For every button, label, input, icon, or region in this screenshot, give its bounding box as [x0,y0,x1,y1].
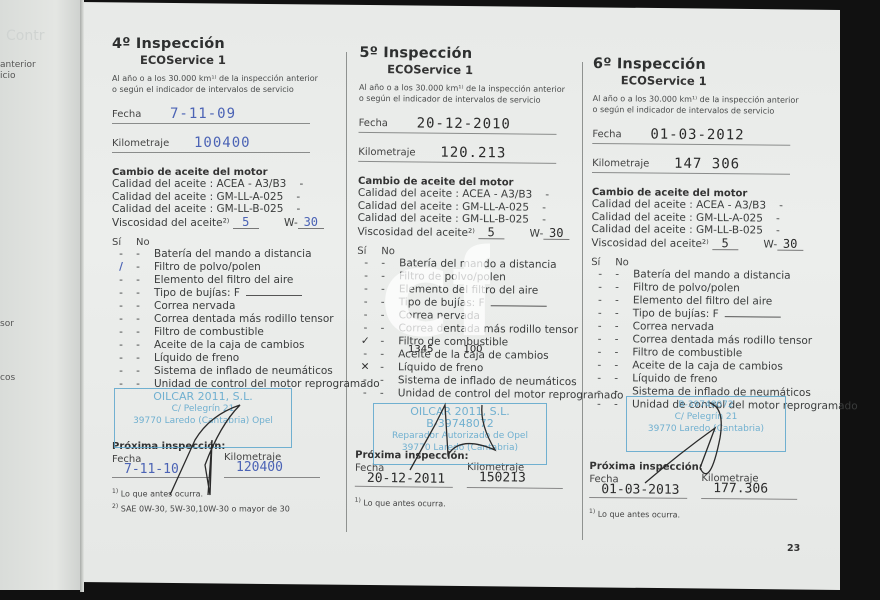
left-page: Contr anterior icio sor cos [0,0,80,590]
si-mark[interactable]: - [112,352,130,365]
inspection-description: Al año o a los 30.000 km¹⁾ de la inspecc… [112,73,342,95]
no-mark[interactable]: - [130,248,146,261]
no-mark[interactable]: - [609,307,625,320]
inspection-description: Al año o a los 30.000 km¹⁾ de la inspecc… [593,93,818,117]
si-mark[interactable]: - [356,348,374,361]
oil-quality-mark[interactable]: - [294,178,308,191]
oil-quality-row: Calidad del aceite : GM-LL-A-025- [112,191,342,204]
si-mark[interactable]: - [590,359,608,372]
checklist-item: --Unidad de control del motor reprograma… [356,387,581,402]
kilometraje-value: 147 306 [674,156,740,173]
viscosity-row: Viscosidad del aceite²⁾ 5 W-30 [591,236,816,251]
oil-quality-mark[interactable]: - [771,225,785,238]
no-mark[interactable]: - [130,300,146,313]
si-mark[interactable]: - [112,300,130,313]
footnote: 1) Lo que antes ocurra. [112,486,342,501]
fecha-value: 7-11-09 [170,106,236,122]
kilometraje-value: 120.213 [440,145,506,162]
oil-quality-row: Calidad del aceite : GM-LL-B-025- [112,203,342,216]
no-mark[interactable]: - [374,322,390,335]
no-mark[interactable]: - [130,287,146,300]
next-fecha-value: 20-12-2011 [367,471,445,487]
no-mark[interactable]: - [130,274,146,287]
no-mark[interactable]: - [609,281,625,294]
no-mark[interactable]: - [609,294,625,307]
page-number: 23 [787,543,800,554]
si-mark[interactable]: - [112,339,130,352]
oil-quality-mark[interactable]: - [537,201,551,214]
inspection-subtitle: ECOService 1 [387,62,584,78]
no-mark[interactable]: - [374,374,390,387]
si-mark[interactable]: - [112,326,130,339]
si-mark[interactable]: ✓ [356,335,374,348]
no-mark[interactable]: - [374,361,390,374]
spark-plug-blank [246,295,302,296]
no-mark[interactable]: - [375,283,391,296]
watermark-numbers: 1345100 [408,344,513,355]
si-no-header: SíNo [112,237,342,248]
fecha-field: Fecha 20-12-2010 [359,110,557,135]
no-mark[interactable]: - [608,346,624,359]
column-divider [346,52,347,532]
si-mark[interactable]: - [591,294,609,307]
si-mark[interactable]: - [112,274,130,287]
viscosity-w-value: 30 [543,226,569,240]
inspection-subtitle: ECOService 1 [621,73,818,89]
oil-quality-list: Calidad del aceite : ACEA - A3/B3-Calida… [358,187,583,227]
no-mark[interactable]: - [609,268,625,281]
no-mark[interactable]: - [374,348,390,361]
fecha-value: 20-12-2010 [417,115,511,132]
si-mark[interactable]: - [590,346,608,359]
footnotes: 1) Lo que antes ocurra.2) SAE 0W-30, 5W-… [112,486,342,515]
ghost-text: Contr [6,28,44,44]
fecha-field: Fecha 7-11-09 [112,101,310,124]
footnotes: 1) Lo que antes ocurra. [589,506,814,523]
next-inspection-row: Fecha 01-03-2013 Kilometraje 177.306 [589,472,814,500]
left-fragment: anterior [0,60,36,70]
si-mark[interactable]: - [591,320,609,333]
si-mark[interactable]: - [590,398,608,411]
no-mark[interactable]: - [609,320,625,333]
checklist-item: --Filtro de combustible [112,326,342,339]
si-mark[interactable]: - [357,257,375,270]
no-mark[interactable]: - [374,387,390,400]
si-mark[interactable]: - [357,309,375,322]
oil-quality-mark[interactable]: - [291,191,305,204]
next-kilometraje-value: 150213 [479,470,526,485]
inspection-title: 4º Inspección [112,36,342,52]
next-inspection-row: Fecha 7-11-10 Kilometraje 120400 [112,452,342,478]
kilometraje-field: Kilometraje 147 306 [592,150,790,175]
inspection-6-column: 6º Inspección ECOService 1 Al año o a lo… [589,56,818,523]
viscosity-value: 5 [478,226,504,240]
left-fragment: cos [0,373,15,383]
next-inspection-row: Fecha 20-12-2011 Kilometraje 150213 [355,461,580,489]
checklist-item: --Tipo de bujías: F [112,287,342,300]
next-kilometraje-value: 177.306 [713,481,768,496]
checklist-item: --Elemento del filtro del aire [112,274,342,287]
checklist-item: --Aceite de la caja de cambios [112,339,342,352]
no-mark[interactable]: - [608,372,624,385]
oil-quality-mark[interactable]: - [540,189,554,202]
footnotes: 1) Lo que antes ocurra. [355,495,580,512]
workshop-stamp: OILCAR 2011, S.L. B-39748072 Reparador A… [373,403,547,465]
no-mark[interactable]: - [375,257,391,270]
no-mark[interactable]: - [130,261,146,274]
checklist-item: --Batería del mando a distancia [112,248,342,261]
spark-plug-blank [725,316,781,317]
next-fecha-value: 01-03-2013 [601,482,679,498]
viscosity-value: 5 [712,237,738,251]
workshop-stamp: OILCAR 2011, S.L. C/ Pelegrín 21 39770 L… [114,388,292,448]
page-gutter [80,0,84,592]
oil-quality-list: Calidad del aceite : ACEA - A3/B3-Calida… [112,178,342,216]
no-mark[interactable]: - [608,359,624,372]
inspection-title: 6º Inspección [593,56,818,74]
no-mark[interactable]: - [130,365,146,378]
left-fragment: icio [0,71,15,81]
si-mark[interactable]: - [591,268,609,281]
si-mark[interactable]: - [357,283,375,296]
footnote: 2) SAE 0W-30, 5W-30,10W-30 o mayor de 30 [112,501,342,516]
inspection-description: Al año o a los 30.000 km¹⁾ de la inspecc… [359,82,584,106]
no-mark[interactable]: - [374,335,390,348]
no-mark[interactable]: - [375,296,391,309]
no-mark[interactable]: - [130,352,146,365]
next-fecha-value: 7-11-10 [124,462,179,477]
footnote: 1) Lo que antes ocurra. [355,495,580,512]
si-mark[interactable]: - [112,287,130,300]
si-mark[interactable]: - [591,281,609,294]
checklist-item: --Líquido de freno [112,352,342,365]
kilometraje-field: Kilometraje 120.213 [358,139,556,164]
no-mark[interactable]: - [130,339,146,352]
oil-quality-list: Calidad del aceite : ACEA - A3/B3-Calida… [591,198,816,237]
footnote: 1) Lo que antes ocurra. [589,506,814,523]
oil-quality-row: Calidad del aceite : ACEA - A3/B3- [112,178,342,191]
si-mark[interactable]: - [590,385,608,398]
viscosity-value: 5 [233,216,259,230]
viscosity-w-value: 30 [777,237,803,251]
si-mark[interactable]: / [112,261,130,274]
oil-quality-mark[interactable]: - [537,214,551,227]
si-mark[interactable]: - [356,387,374,400]
viscosity-row: Viscosidad del aceite²⁾ 5 W-30 [357,224,582,240]
si-mark[interactable]: - [591,333,609,346]
si-mark[interactable]: - [356,374,374,387]
next-kilometraje-value: 120400 [236,460,283,475]
si-mark[interactable]: - [357,296,375,309]
si-mark[interactable]: - [357,270,375,283]
si-mark[interactable]: - [356,322,374,335]
maintenance-checklist: --Batería del mando a distancia--Filtro … [356,257,582,402]
kilometraje-value: 100400 [194,135,251,151]
checklist-item: /-Filtro de polvo/polen [112,261,342,274]
spark-plug-blank [491,305,547,307]
maintenance-checklist: --Batería del mando a distancia/-Filtro … [112,248,342,391]
si-mark[interactable]: - [112,313,130,326]
no-mark[interactable]: - [609,333,625,346]
no-mark[interactable]: - [608,385,624,398]
viscosity-w-value: 30 [298,216,324,230]
si-mark[interactable]: ✕ [356,361,374,374]
workshop-stamp: B-39748072 C/ Pelegrín 21 39770 Laredo (… [626,396,786,452]
left-fragment: sor [0,319,14,329]
checklist-item: --Correa nervada [112,300,342,313]
oil-change-heading: Cambio de aceite del motor [112,167,342,178]
fecha-value: 01-03-2012 [650,127,744,144]
oil-quality-mark[interactable]: - [291,203,305,216]
oil-quality-mark[interactable]: - [771,212,785,225]
inspection-subtitle: ECOService 1 [140,53,342,67]
kilometraje-field: Kilometraje 100400 [112,130,310,153]
checklist-item: --Sistema de inflado de neumáticos [112,365,342,378]
inspection-title: 5º Inspección [359,45,584,63]
si-mark[interactable]: - [112,365,130,378]
no-mark[interactable]: - [608,398,624,411]
no-mark[interactable]: - [375,270,391,283]
viscosity-row: Viscosidad del aceite²⁾ 5 W-30 [112,216,342,230]
si-mark[interactable]: - [112,248,130,261]
maintenance-checklist: --Batería del mando a distancia--Filtro … [590,268,816,413]
no-mark[interactable]: - [375,309,391,322]
checklist-item: --Correa dentada más rodillo tensor [112,313,342,326]
fecha-field: Fecha 01-03-2012 [592,121,790,146]
si-mark[interactable]: - [590,372,608,385]
no-mark[interactable]: - [130,326,146,339]
si-mark[interactable]: - [591,307,609,320]
no-mark[interactable]: - [130,313,146,326]
oil-quality-mark[interactable]: - [774,200,788,213]
